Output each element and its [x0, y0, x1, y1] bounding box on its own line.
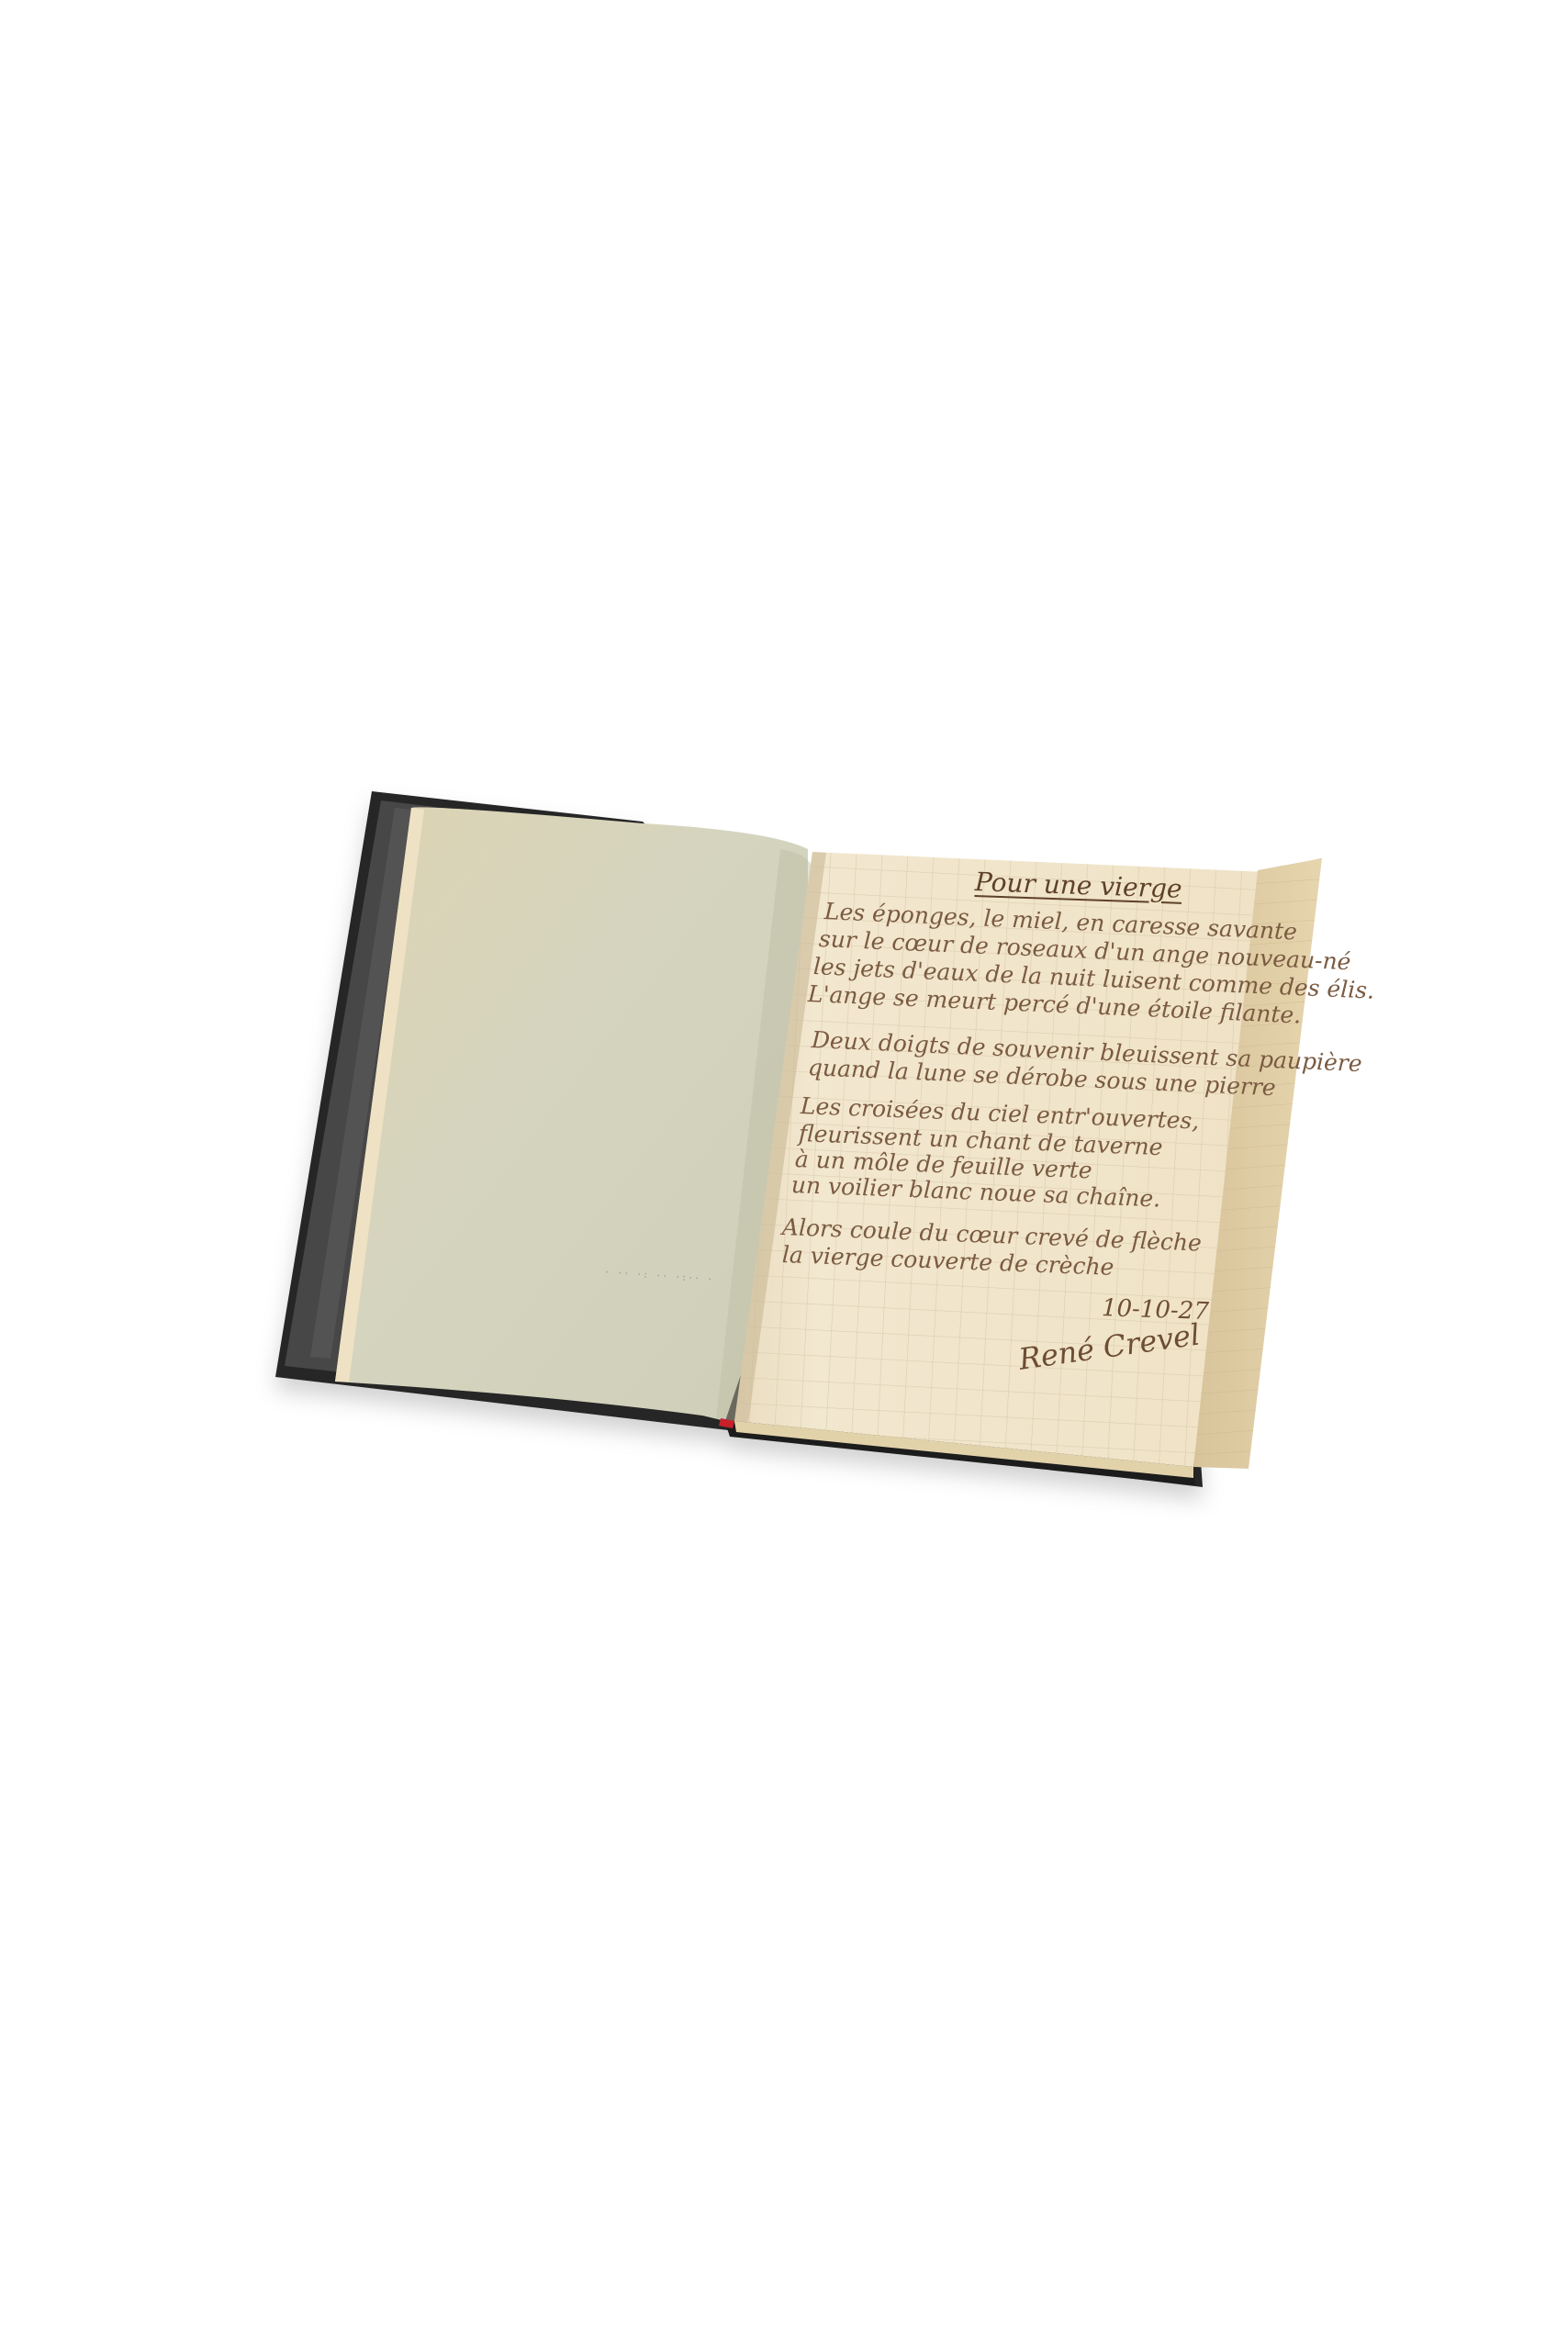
open-notebook	[0, 0, 1568, 2350]
photo-scene: · ·· ·: ·· ·:·· · Pour une vierge Les ép…	[0, 0, 1568, 2350]
left-page	[335, 807, 812, 1421]
